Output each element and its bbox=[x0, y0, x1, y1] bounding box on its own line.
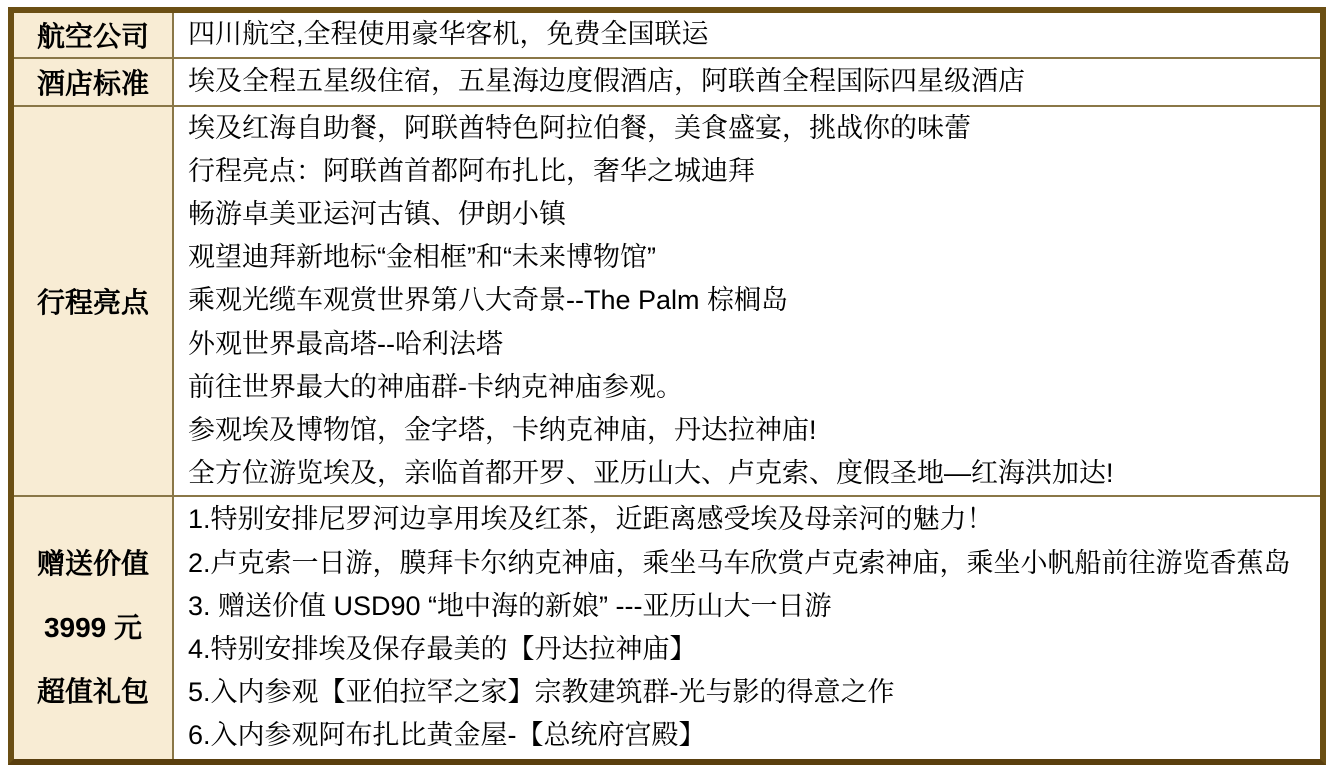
content-line: 外观世界最高塔--哈利法塔 bbox=[188, 323, 1320, 366]
content-line: 4.特别安排埃及保存最美的【丹达拉神庙】 bbox=[188, 628, 1320, 671]
content-line: 埃及全程五星级住宿，五星海边度假酒店，阿联酋全程国际四星级酒店 bbox=[188, 60, 1320, 103]
content-line: 参观埃及博物馆，金字塔，卡纳克神庙，丹达拉神庙! bbox=[188, 409, 1320, 452]
content-line: 全方位游览埃及，亲临首都开罗、亚历山大、卢克索、度假圣地—红海洪加达! bbox=[188, 452, 1320, 495]
table-row-bonus-package: 赠送价值 3999 元 超值礼包 1.特别安排尼罗河边享用埃及红茶，近距离感受埃… bbox=[14, 497, 1320, 759]
content-line: 四川航空,全程使用豪华客机，免费全国联运 bbox=[188, 13, 1320, 56]
content-line: 6.入内参观阿布扎比黄金屋-【总统府宫殿】 bbox=[188, 714, 1320, 757]
table-row-airline: 航空公司 四川航空,全程使用豪华客机，免费全国联运 bbox=[14, 13, 1320, 59]
row-label-hotel: 酒店标准 bbox=[14, 59, 174, 105]
itinerary-table: 航空公司 四川航空,全程使用豪华客机，免费全国联运 酒店标准 埃及全程五星级住宿… bbox=[8, 7, 1326, 765]
content-line: 5.入内参观【亚伯拉罕之家】宗教建筑群-光与影的得意之作 bbox=[188, 671, 1320, 714]
row-label-text: 酒店标准 bbox=[37, 62, 149, 102]
row-label-text: 行程亮点 bbox=[37, 281, 149, 321]
content-line: 观望迪拜新地标“金相框”和“未来博物馆” bbox=[188, 236, 1320, 279]
row-label-highlights: 行程亮点 bbox=[14, 107, 174, 495]
content-line: 2.卢克索一日游，膜拜卡尔纳克神庙，乘坐马车欣赏卢克索神庙，乘坐小帆船前往游览香… bbox=[188, 542, 1320, 585]
row-label-text: 航空公司 bbox=[37, 15, 149, 55]
content-line: 3. 赠送价值 USD90 “地中海的新娘” ---亚历山大一日游 bbox=[188, 585, 1320, 628]
row-content-highlights: 埃及红海自助餐，阿联酋特色阿拉伯餐，美食盛宴，挑战你的味蕾 行程亮点：阿联酋首都… bbox=[174, 107, 1320, 495]
row-label-text: 3999 元 bbox=[44, 596, 142, 660]
table-row-highlights: 行程亮点 埃及红海自助餐，阿联酋特色阿拉伯餐，美食盛宴，挑战你的味蕾 行程亮点：… bbox=[14, 107, 1320, 497]
row-content-hotel: 埃及全程五星级住宿，五星海边度假酒店，阿联酋全程国际四星级酒店 bbox=[174, 59, 1320, 105]
table-row-hotel: 酒店标准 埃及全程五星级住宿，五星海边度假酒店，阿联酋全程国际四星级酒店 bbox=[14, 59, 1320, 107]
row-label-bonus-package: 赠送价值 3999 元 超值礼包 bbox=[14, 497, 174, 759]
content-line: 乘观光缆车观赏世界第八大奇景--The Palm 棕榈岛 bbox=[188, 279, 1320, 322]
row-label-airline: 航空公司 bbox=[14, 13, 174, 57]
content-line: 前往世界最大的神庙群-卡纳克神庙参观。 bbox=[188, 366, 1320, 409]
content-line: 行程亮点：阿联酋首都阿布扎比，奢华之城迪拜 bbox=[188, 150, 1320, 193]
row-content-bonus-package: 1.特别安排尼罗河边享用埃及红茶，近距离感受埃及母亲河的魅力！ 2.卢克索一日游… bbox=[174, 497, 1320, 759]
content-line: 1.特别安排尼罗河边享用埃及红茶，近距离感受埃及母亲河的魅力！ bbox=[188, 498, 1320, 541]
row-label-text: 赠送价值 bbox=[37, 532, 149, 596]
content-line: 埃及红海自助餐，阿联酋特色阿拉伯餐，美食盛宴，挑战你的味蕾 bbox=[188, 107, 1320, 150]
row-content-airline: 四川航空,全程使用豪华客机，免费全国联运 bbox=[174, 13, 1320, 57]
content-line: 畅游卓美亚运河古镇、伊朗小镇 bbox=[188, 193, 1320, 236]
row-label-text: 超值礼包 bbox=[37, 660, 149, 724]
